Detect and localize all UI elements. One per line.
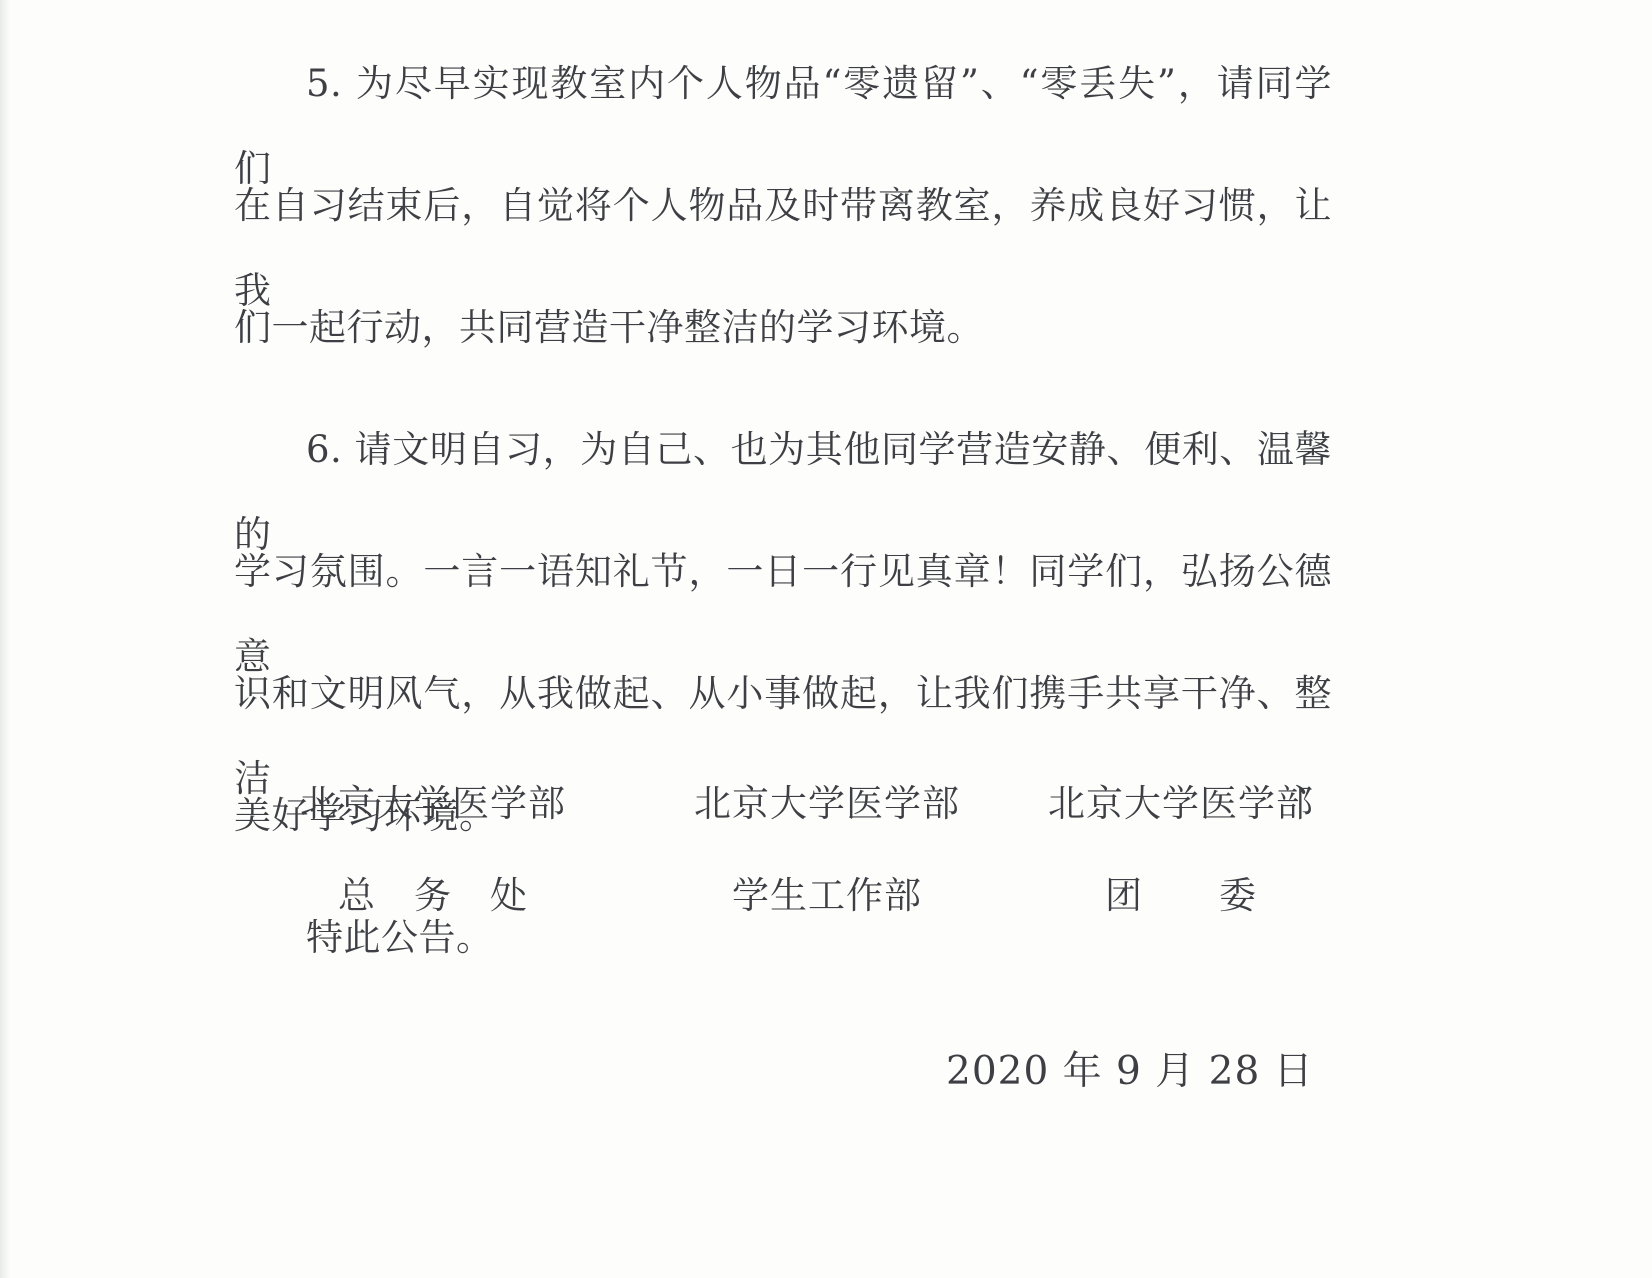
signature-block: 北京大学医学部 总 务 处 北京大学医学部 学生工作部 北京大学医学部 团 委 (0, 778, 1652, 958)
scan-edge-artifact (0, 0, 10, 1278)
paragraph-5-line-3: 们一起行动，共同营造干净整洁的学习环境。 (234, 285, 1332, 370)
document-page: 5. 为尽早实现教室内个人物品“零遗留”、“零丢失”，请同学们 在自习结束后，自… (0, 0, 1652, 1278)
signature-org-1-name: 北京大学医学部 (248, 778, 618, 830)
paragraph-6-line-3: 识和文明风气，从我做起、从小事做起，让我们携手共享干净、整洁、 (234, 651, 1332, 736)
signature-org-3-dept: 团 委 (996, 870, 1366, 922)
date-line: 2020 年 9 月 28 日 (946, 1046, 1314, 1098)
signature-org-2-name: 北京大学医学部 (642, 778, 1012, 830)
signature-org-2-dept: 学生工作部 (642, 870, 1012, 922)
signature-org-3-name: 北京大学医学部 (996, 778, 1366, 830)
signature-org-1: 北京大学医学部 总 务 处 (248, 778, 618, 922)
paragraph-5-line-2: 在自习结束后，自觉将个人物品及时带离教室，养成良好习惯，让我 (234, 163, 1332, 248)
signature-org-2: 北京大学医学部 学生工作部 (642, 778, 1012, 922)
signature-org-3: 北京大学医学部 团 委 (996, 778, 1366, 922)
signature-org-1-dept: 总 务 处 (248, 870, 618, 922)
paragraph-6-line-1: 6. 请文明自习，为自己、也为其他同学营造安静、便利、温馨的 (234, 407, 1332, 492)
paragraph-6-line-2: 学习氛围。一言一语知礼节，一日一行见真章！同学们，弘扬公德意 (234, 529, 1332, 614)
paragraph-5-line-1: 5. 为尽早实现教室内个人物品“零遗留”、“零丢失”，请同学们 (234, 41, 1332, 126)
